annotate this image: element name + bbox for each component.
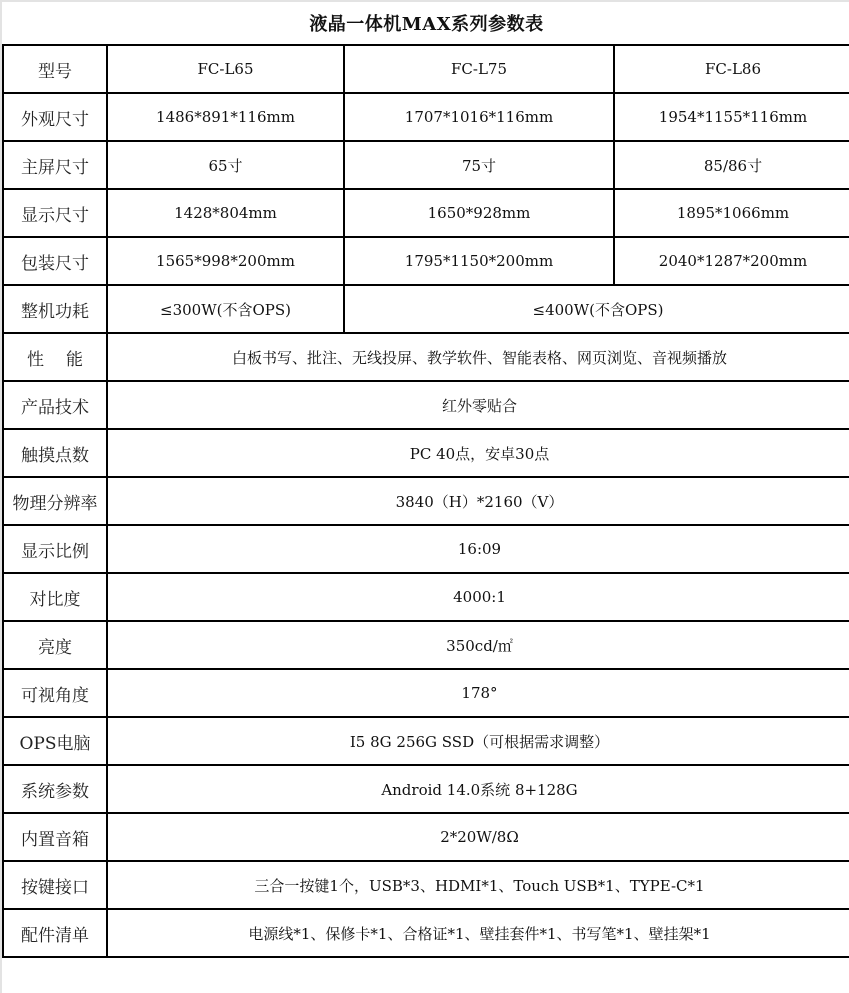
table-row-brightness: 亮度 350cd/㎡ xyxy=(3,621,849,669)
row-label: 对比度 xyxy=(3,573,107,621)
table-row-ops-pc: OPS电脑 I5 8G 256G SSD（可根据需求调整） xyxy=(3,717,849,765)
cell-value: 65寸 xyxy=(107,141,344,189)
cell-value: 1565*998*200mm xyxy=(107,237,344,285)
cell-value: 16:09 xyxy=(107,525,849,573)
row-label: 包装尺寸 xyxy=(3,237,107,285)
table-row-contrast: 对比度 4000:1 xyxy=(3,573,849,621)
cell-value: 1707*1016*116mm xyxy=(344,93,614,141)
row-label: 产品技术 xyxy=(3,381,107,429)
cell-value: 2*20W/8Ω xyxy=(107,813,849,861)
cell-value: 350cd/㎡ xyxy=(107,621,849,669)
cell-value: 白板书写、批注、无线投屏、教学软件、智能表格、网页浏览、音视频播放 xyxy=(107,333,849,381)
row-label: 性能 xyxy=(3,333,107,381)
cell-value: 1954*1155*116mm xyxy=(614,93,849,141)
table-row-system: 系统参数 Android 14.0系统 8+128G xyxy=(3,765,849,813)
cell-value: 75寸 xyxy=(344,141,614,189)
cell-value: 2040*1287*200mm xyxy=(614,237,849,285)
table-row-ports: 按键接口 三合一按键1个，USB*3、HDMI*1、Touch USB*1、TY… xyxy=(3,861,849,909)
table-row-model: 型号 FC-L65 FC-L75 FC-L86 xyxy=(3,45,849,93)
table-row-package-size: 包装尺寸 1565*998*200mm 1795*1150*200mm 2040… xyxy=(3,237,849,285)
row-label: 整机功耗 xyxy=(3,285,107,333)
table-row-exterior-size: 外观尺寸 1486*891*116mm 1707*1016*116mm 1954… xyxy=(3,93,849,141)
cell-value: 85/86寸 xyxy=(614,141,849,189)
row-label: 内置音箱 xyxy=(3,813,107,861)
cell-value: 4000:1 xyxy=(107,573,849,621)
cell-value: 178° xyxy=(107,669,849,717)
table-row-speakers: 内置音箱 2*20W/8Ω xyxy=(3,813,849,861)
row-label: 亮度 xyxy=(3,621,107,669)
row-label: OPS电脑 xyxy=(3,717,107,765)
cell-value: 1795*1150*200mm xyxy=(344,237,614,285)
spec-table: 型号 FC-L65 FC-L75 FC-L86 外观尺寸 1486*891*11… xyxy=(2,44,849,958)
table-row-aspect-ratio: 显示比例 16:09 xyxy=(3,525,849,573)
row-label: 系统参数 xyxy=(3,765,107,813)
table-row-power: 整机功耗 ≤300W(不含OPS) ≤400W(不含OPS) xyxy=(3,285,849,333)
table-row-screen-size: 主屏尺寸 65寸 75寸 85/86寸 xyxy=(3,141,849,189)
cell-value: ≤300W(不含OPS) xyxy=(107,285,344,333)
cell-value: ≤400W(不含OPS) xyxy=(344,285,849,333)
model-fc-l86: FC-L86 xyxy=(614,45,849,93)
row-label: 可视角度 xyxy=(3,669,107,717)
spreadsheet: 液晶一体机MAX系列参数表 型号 FC-L65 FC-L75 FC-L86 外观… xyxy=(0,0,849,993)
table-row-accessories: 配件清单 电源线*1、保修卡*1、合格证*1、壁挂套件*1、书写笔*1、壁挂架*… xyxy=(3,909,849,957)
row-label: 显示尺寸 xyxy=(3,189,107,237)
table-title: 液晶一体机MAX系列参数表 xyxy=(2,2,849,44)
cell-value: 电源线*1、保修卡*1、合格证*1、壁挂套件*1、书写笔*1、壁挂架*1 xyxy=(107,909,849,957)
cell-value: 1428*804mm xyxy=(107,189,344,237)
cell-value: 1650*928mm xyxy=(344,189,614,237)
row-label: 主屏尺寸 xyxy=(3,141,107,189)
row-label: 物理分辨率 xyxy=(3,477,107,525)
cell-value: 3840（H）*2160（V） xyxy=(107,477,849,525)
table-row-resolution: 物理分辨率 3840（H）*2160（V） xyxy=(3,477,849,525)
cell-value: 三合一按键1个，USB*3、HDMI*1、Touch USB*1、TYPE-C*… xyxy=(107,861,849,909)
cell-value: 1486*891*116mm xyxy=(107,93,344,141)
table-row-technology: 产品技术 红外零贴合 xyxy=(3,381,849,429)
table-row-features: 性能 白板书写、批注、无线投屏、教学软件、智能表格、网页浏览、音视频播放 xyxy=(3,333,849,381)
row-label-model: 型号 xyxy=(3,45,107,93)
row-label: 外观尺寸 xyxy=(3,93,107,141)
row-label: 按键接口 xyxy=(3,861,107,909)
cell-value: I5 8G 256G SSD（可根据需求调整） xyxy=(107,717,849,765)
model-fc-l65: FC-L65 xyxy=(107,45,344,93)
model-fc-l75: FC-L75 xyxy=(344,45,614,93)
cell-value: Android 14.0系统 8+128G xyxy=(107,765,849,813)
row-label: 配件清单 xyxy=(3,909,107,957)
cell-value: 红外零贴合 xyxy=(107,381,849,429)
cell-value: PC 40点，安卓30点 xyxy=(107,429,849,477)
cell-value: 1895*1066mm xyxy=(614,189,849,237)
table-row-touch-points: 触摸点数 PC 40点，安卓30点 xyxy=(3,429,849,477)
table-row-viewing-angle: 可视角度 178° xyxy=(3,669,849,717)
row-label: 触摸点数 xyxy=(3,429,107,477)
row-label: 显示比例 xyxy=(3,525,107,573)
table-row-display-size: 显示尺寸 1428*804mm 1650*928mm 1895*1066mm xyxy=(3,189,849,237)
